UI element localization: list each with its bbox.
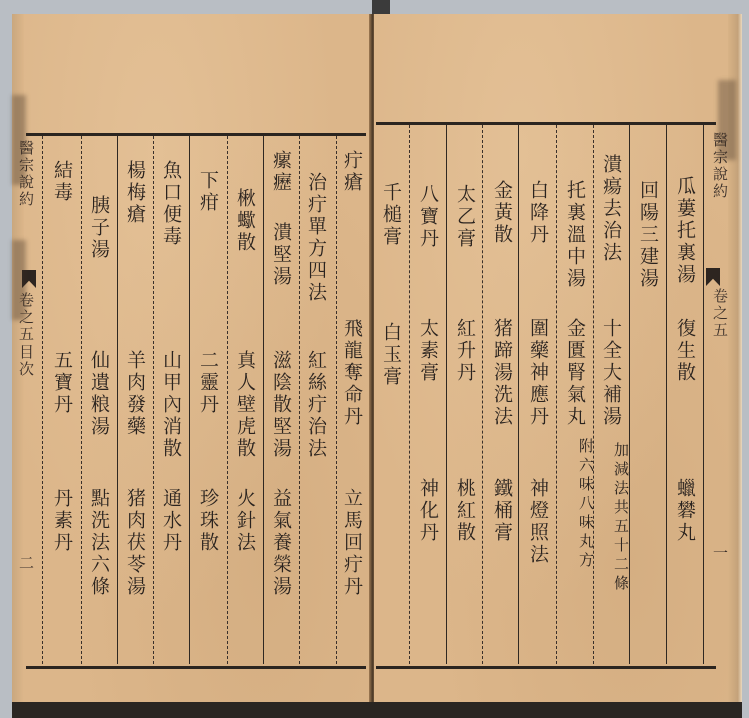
column-rule	[263, 136, 264, 664]
column-rule	[518, 125, 519, 664]
toc-entry: 丹素丹	[52, 488, 71, 554]
toc-entry: 八寶丹	[418, 184, 437, 250]
toc-entry: 猪肉茯苓湯	[125, 488, 144, 598]
toc-entry: 復生散	[675, 318, 694, 384]
toc-entry: 十全大補湯	[601, 318, 620, 428]
toc-entry: 圍藥神應丹	[528, 318, 547, 428]
column-rule	[117, 136, 118, 664]
toc-entry: 火針法	[235, 488, 254, 554]
toc-entry: 結毒	[52, 160, 71, 204]
toc-entry: 神燈照法	[528, 478, 547, 566]
ink-stain	[12, 240, 26, 320]
toc-entry: 神化丹	[418, 478, 437, 544]
left-margin-page-number: 二	[18, 555, 33, 572]
toc-entry: 鐵桶膏	[492, 478, 511, 544]
toc-entry-note: 加減法共五十二條	[613, 442, 628, 594]
toc-entry: 千槌膏	[381, 182, 400, 248]
toc-entry: 胰子湯	[89, 195, 108, 261]
toc-entry: 山甲內消散	[161, 350, 180, 460]
toc-entry: 魚口便毒	[161, 160, 180, 248]
column-rule	[556, 125, 557, 664]
toc-entry: 羊肉發藥	[125, 350, 144, 438]
column-rule	[189, 136, 190, 664]
toc-entry: 托裏溫中湯	[565, 180, 584, 290]
toc-entry: 立馬回疔丹	[342, 488, 361, 598]
column-rule	[81, 136, 82, 664]
ink-stain	[718, 80, 736, 160]
toc-entry: 桃紅散	[455, 478, 474, 544]
toc-entry: 仙遺粮湯	[89, 350, 108, 438]
column-rule	[666, 125, 667, 664]
toc-entry: 金匱腎氣丸	[565, 318, 584, 428]
column-rule	[446, 125, 447, 664]
column-rule	[593, 125, 594, 664]
column-rule	[703, 125, 704, 664]
toc-entry: 點洗法六條	[89, 488, 108, 598]
toc-entry: 五寶丹	[52, 350, 71, 416]
toc-entry: 疔瘡	[342, 150, 361, 194]
toc-entry: 益氣養榮湯	[271, 488, 290, 598]
toc-entry: 回陽三建湯	[638, 180, 657, 290]
ink-stain	[12, 95, 26, 185]
toc-entry: 潰堅湯	[271, 222, 290, 288]
column-rule	[336, 136, 337, 664]
toc-entry: 珍珠散	[198, 488, 217, 554]
toc-entry: 瘰癧	[271, 150, 290, 194]
toc-entry: 治疔單方四法	[306, 172, 325, 304]
toc-entry: 下疳	[198, 170, 217, 214]
toc-entry: 太素膏	[418, 318, 437, 384]
column-rule	[227, 136, 228, 664]
toc-entry: 楸蠍散	[235, 188, 254, 254]
column-rule	[42, 136, 43, 664]
toc-entry-note: 附六味八味丸方	[578, 438, 593, 571]
toc-entry: 飛龍奪命丹	[342, 318, 361, 428]
left-margin-section: 目次	[18, 344, 33, 378]
toc-entry: 滋陰散堅湯	[271, 350, 290, 460]
toc-entry: 猪蹄湯洗法	[492, 318, 511, 428]
toc-entry: 太乙膏	[455, 184, 474, 250]
toc-entry: 真人壁虎散	[235, 350, 254, 460]
toc-entry: 二靈丹	[198, 350, 217, 416]
toc-entry: 蠟礬丸	[675, 478, 694, 544]
right-margin-volume: 卷之五	[712, 288, 727, 339]
toc-entry: 瓜蔞托裏湯	[675, 176, 694, 286]
column-rule	[299, 136, 300, 664]
toc-entry: 白降丹	[528, 180, 547, 246]
toc-entry: 紅升丹	[455, 318, 474, 384]
toc-entry: 紅絲疔治法	[306, 350, 325, 460]
toc-entry: 金黃散	[492, 180, 511, 246]
toc-entry: 通水丹	[161, 488, 180, 554]
column-rule	[409, 125, 410, 664]
toc-entry: 楊梅瘡	[125, 160, 144, 226]
right-margin-page-number: 一	[712, 545, 727, 562]
toc-entry: 潰瘍去治法	[601, 154, 620, 264]
column-rule	[153, 136, 154, 664]
column-rule	[482, 125, 483, 664]
toc-entry: 白玉膏	[381, 322, 400, 388]
book-shadow	[12, 700, 742, 718]
